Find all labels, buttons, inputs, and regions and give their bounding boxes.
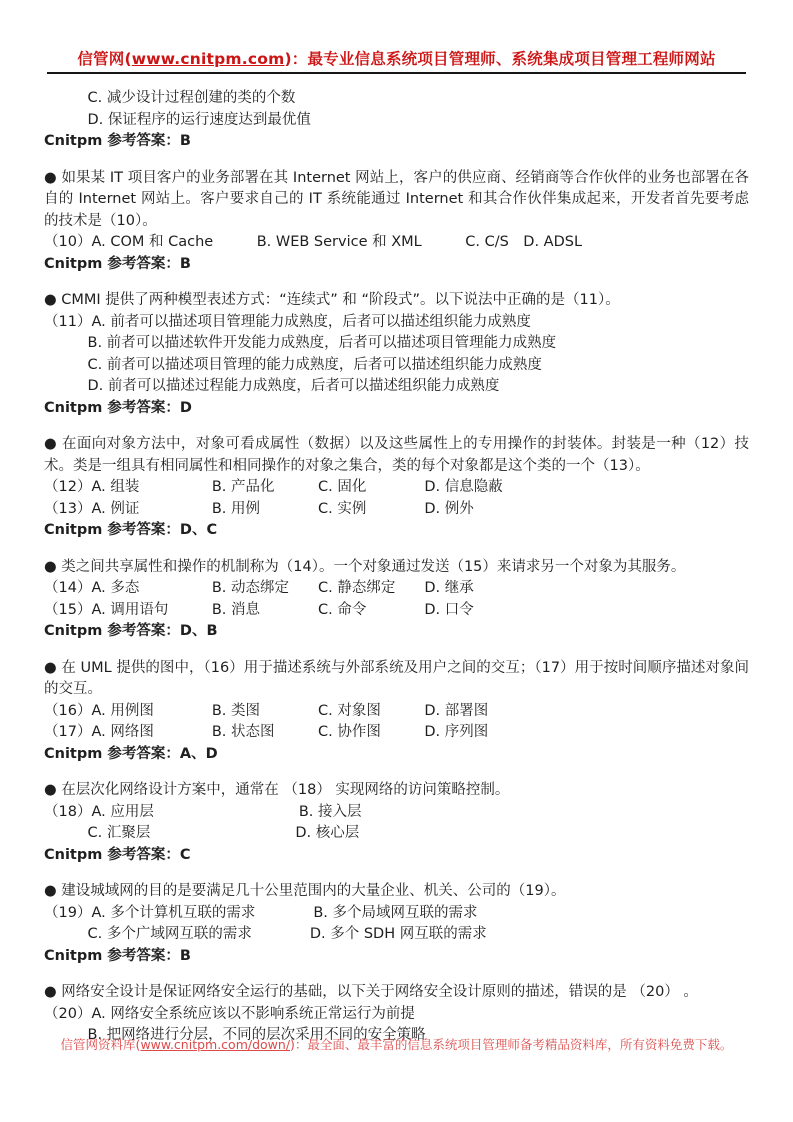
question-line: ● 网络安全设计是保证网络安全运行的基础，以下关于网络安全设计原则的描述，错误的…	[44, 982, 749, 1004]
option-line: （10）A. COM 和 Cache B. WEB Service 和 XML …	[44, 232, 749, 254]
option-line: D. 保证程序的运行速度达到最优值	[44, 110, 749, 132]
question-line: ● 在 UML 提供的图中，（16）用于描述系统与外部系统及用户之间的交互；（1…	[44, 658, 749, 701]
question-line: ● 如果某 IT 项目客户的业务部署在其 Internet 网站上，客户的供应商…	[44, 168, 749, 233]
option-line: （14）A. 多态 B. 动态绑定 C. 静态绑定 D. 继承	[44, 578, 749, 600]
header-link[interactable]: www.cnitpm.com	[132, 50, 285, 68]
option-line: C. 前者可以描述项目管理的能力成熟度，后者可以描述组织能力成熟度	[44, 355, 749, 377]
option-line: D. 前者可以描述过程能力成熟度，后者可以描述组织能力成熟度	[44, 376, 749, 398]
site-header: 信管网(www.cnitpm.com)：最专业信息系统项目管理师、系统集成项目管…	[0, 0, 793, 69]
option-line: （16）A. 用例图 B. 类图 C. 对象图 D. 部署图	[44, 701, 749, 723]
answer-line: Cnitpm 参考答案：D、C	[44, 520, 749, 542]
question-line: ● CMMI 提供了两种模型表述方式：“连续式” 和 “阶段式”。以下说法中正确…	[44, 290, 749, 312]
exam-content: C. 减少设计过程创建的类的个数 D. 保证程序的运行速度达到最优值Cnitpm…	[0, 74, 793, 1047]
footer-text-suffix: )：最全面、最丰富的信息系统项目管理师备考精品资料库，所有资料免费下载。	[290, 1037, 732, 1052]
option-line: （20）A. 网络安全系统应该以不影响系统正常运行为前提	[44, 1004, 749, 1026]
site-footer: 信管网资料库(www.cnitpm.com/down/)：最全面、最丰富的信息系…	[0, 1036, 793, 1054]
answer-line: Cnitpm 参考答案：D、B	[44, 621, 749, 643]
option-line: （19）A. 多个计算机互联的需求 B. 多个局域网互联的需求	[44, 903, 749, 925]
footer-link[interactable]: www.cnitpm.com/down/	[140, 1037, 290, 1052]
answer-line: Cnitpm 参考答案：D	[44, 398, 749, 420]
footer-text-prefix: 信管网资料库(	[61, 1037, 141, 1052]
document-page: 信管网(www.cnitpm.com)：最专业信息系统项目管理师、系统集成项目管…	[0, 0, 793, 1122]
answer-line: Cnitpm 参考答案：B	[44, 131, 749, 153]
question-line: ● 在面向对象方法中，对象可看成属性（数据）以及这些属性上的专用操作的封装体。封…	[44, 434, 749, 477]
option-line: C. 减少设计过程创建的类的个数	[44, 88, 749, 110]
option-line: （18）A. 应用层 B. 接入层	[44, 802, 749, 824]
option-line: C. 汇聚层 D. 核心层	[44, 823, 749, 845]
option-line: B. 前者可以描述软件开发能力成熟度，后者可以描述项目管理能力成熟度	[44, 333, 749, 355]
option-line: （11）A. 前者可以描述项目管理能力成熟度，后者可以描述组织能力成熟度	[44, 312, 749, 334]
answer-line: Cnitpm 参考答案：B	[44, 254, 749, 276]
option-line: （15）A. 调用语句 B. 消息 C. 命令 D. 口令	[44, 600, 749, 622]
header-text-suffix: )：最专业信息系统项目管理师、系统集成项目管理工程师网站	[284, 50, 715, 68]
answer-line: Cnitpm 参考答案：A、D	[44, 744, 749, 766]
option-line: （13）A. 例证 B. 用例 C. 实例 D. 例外	[44, 499, 749, 521]
header-text-prefix: 信管网(	[77, 50, 131, 68]
question-line: ● 建设城域网的目的是要满足几十公里范围内的大量企业、机关、公司的（19）。	[44, 881, 749, 903]
option-line: C. 多个广域网互联的需求 D. 多个 SDH 网互联的需求	[44, 924, 749, 946]
question-line: ● 类之间共享属性和操作的机制称为（14）。一个对象通过发送（15）来请求另一个…	[44, 557, 749, 579]
question-line: ● 在层次化网络设计方案中，通常在 （18） 实现网络的访问策略控制。	[44, 780, 749, 802]
option-line: （17）A. 网络图 B. 状态图 C. 协作图 D. 序列图	[44, 722, 749, 744]
answer-line: Cnitpm 参考答案：C	[44, 845, 749, 867]
option-line: （12）A. 组装 B. 产品化 C. 固化 D. 信息隐蔽	[44, 477, 749, 499]
answer-line: Cnitpm 参考答案：B	[44, 946, 749, 968]
